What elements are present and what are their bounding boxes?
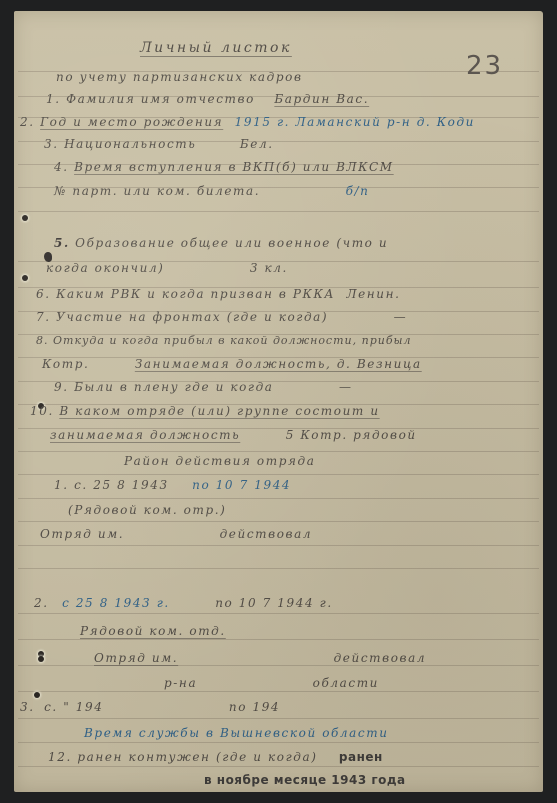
- ruled-line: [18, 568, 539, 569]
- field-birth: 2. Год и место рождения 1915 г. Ламански…: [20, 116, 475, 128]
- ruled-line: [18, 718, 539, 719]
- field-nationality: 3. Национальность Бел.: [44, 138, 274, 150]
- field-number: 2.: [20, 115, 35, 129]
- field-party-join: 4. Время вступления в ВКП(б) или ВЛКСМ: [54, 161, 394, 173]
- field-number: 3.: [44, 137, 59, 151]
- wounded-value: ранен: [339, 750, 383, 764]
- ruled-line: [18, 474, 539, 475]
- field-detachment-position: занимаемая должность 5 Котр. рядовой: [50, 429, 417, 441]
- form-header: по учету партизанских кадров: [56, 71, 303, 83]
- field-captivity: 9. Были в плену где и когда —: [54, 381, 353, 393]
- document-title: Личный листок: [140, 41, 292, 55]
- field-label: Участие на фронтах (где и когда): [56, 310, 328, 324]
- field-label: Каким РВК и когда призван в РККА: [56, 287, 335, 301]
- date-to: по 194: [229, 700, 280, 714]
- field-label: Год и место рождения: [40, 115, 223, 129]
- field-label: Котр.: [42, 357, 89, 371]
- field-value: 5 Котр. рядовой: [286, 428, 417, 442]
- field-number: 9.: [54, 380, 69, 394]
- ruled-line: [18, 451, 539, 452]
- field-value: 1915 г. Ламанский р-н д. Коди: [235, 115, 475, 129]
- field-number: 6.: [36, 287, 51, 301]
- ruled-line: [18, 742, 539, 743]
- wound-date-note: в ноябре месяце 1943 года: [204, 774, 406, 786]
- field-conscription: 6. Каким РВК и когда призван в РККА Лени…: [36, 288, 401, 300]
- service-time-text: Время службы в Вышневской области: [84, 726, 389, 740]
- form-header-text: по учету партизанских кадров: [56, 70, 303, 84]
- field-label: ранен контужен (где и когда): [77, 750, 317, 764]
- field-party-card: № парт. или ком. билета. б/п: [54, 185, 370, 197]
- row-number: 1.: [54, 478, 69, 492]
- field-value: —: [339, 380, 353, 394]
- date-from: с 25 8 1943 г.: [62, 596, 170, 610]
- date-from: с. 25 8 1943: [74, 478, 169, 492]
- field-number: 4.: [54, 160, 69, 174]
- field-label: Национальность: [64, 137, 196, 151]
- field-value: Бардин Вас.: [274, 92, 369, 106]
- field-value: б/п: [346, 184, 370, 198]
- field-label: Были в плену где и когда: [74, 380, 273, 394]
- binding-hole: [22, 275, 28, 281]
- field-value: Ленин.: [346, 287, 400, 301]
- activity-row-2-note: Рядовой ком. отд.: [80, 625, 226, 637]
- field-number: 5.: [54, 236, 70, 250]
- ruled-line: [18, 691, 539, 692]
- field-number: 10.: [30, 404, 54, 418]
- date-to: по 10 7 1944 г.: [215, 596, 333, 610]
- scanned-document: Личный листок 23 по учету партизанских к…: [0, 0, 557, 803]
- paper-sheet: Личный листок 23 по учету партизанских к…: [14, 11, 543, 792]
- field-education: 5. Образование общее или военное (что и: [54, 237, 388, 249]
- field-arrival: 8. Откуда и когда прибыл в какой должнос…: [36, 335, 412, 346]
- activity-row-1-note: (Рядовой ком. отр.): [68, 504, 226, 516]
- ruled-line: [18, 521, 539, 522]
- detachment-status: действовал: [220, 527, 313, 541]
- detachment-status: действовал: [334, 651, 427, 665]
- region-value: области: [313, 676, 379, 690]
- field-label: занимаемая должность: [50, 428, 240, 442]
- field-label: Образование общее или военное (что и: [75, 236, 388, 250]
- field-label: Откуда и когда прибыл в какой должности,…: [53, 334, 412, 347]
- activity-heading: Район действия отряда: [124, 455, 316, 467]
- field-value: 3 кл.: [250, 261, 288, 275]
- activity-row-2: 2. с 25 8 1943 г. по 10 7 1944 г.: [34, 597, 333, 609]
- page-number: 23: [466, 53, 503, 79]
- ruled-line: [18, 766, 539, 767]
- field-full-name: 1. Фамилия имя отчество Бардин Вас.: [46, 93, 369, 105]
- field-label: № парт. или ком. билета.: [54, 184, 260, 198]
- field-value: —: [394, 310, 408, 324]
- binding-hole: [34, 692, 40, 698]
- ruled-line: [18, 665, 539, 666]
- binding-hole: [38, 656, 44, 662]
- activity-row-1: 1. с. 25 8 1943 по 10 7 1944: [54, 479, 291, 491]
- binding-hole: [22, 215, 28, 221]
- service-time-line: Время службы в Вышневской области: [84, 727, 389, 739]
- row-number: 2.: [34, 596, 49, 610]
- ruled-line: [18, 613, 539, 614]
- activity-row-3: 3. с. " 194 по 194: [20, 701, 280, 713]
- field-education-cont: когда окончил) 3 кл.: [46, 262, 288, 274]
- ruled-line: [18, 211, 539, 212]
- field-number: 1.: [46, 92, 61, 106]
- ruled-line: [18, 545, 539, 546]
- detachment-label: Отряд им.: [40, 527, 124, 541]
- row-number: 3.: [20, 700, 35, 714]
- field-position: Котр. Занимаемая должность, д. Везница: [42, 358, 422, 370]
- date-from: с. " 194: [44, 700, 103, 714]
- field-label: Время вступления в ВКП(б) или ВЛКСМ: [74, 160, 394, 174]
- date-to: по 10 7 1944: [192, 478, 291, 492]
- field-fronts: 7. Участие на фронтах (где и когда) —: [36, 311, 407, 323]
- field-number: 8.: [36, 334, 49, 347]
- field-label: когда окончил): [46, 261, 164, 275]
- ruled-line: [18, 639, 539, 640]
- region-label: р-на: [164, 676, 197, 690]
- field-detachment: 10. В каком отряде (или) группе состоит …: [30, 405, 380, 417]
- field-number: 12.: [48, 750, 72, 764]
- ruled-line: [18, 498, 539, 499]
- wounded-line: 12. ранен контужен (где и когда) ранен: [48, 751, 383, 763]
- field-label: В каком отряде (или) группе состоит и: [59, 404, 379, 418]
- detachment-label: Отряд им.: [94, 651, 178, 665]
- activity-row-1-detachment: Отряд им. действовал: [40, 528, 312, 540]
- activity-row-2-detachment: Отряд им. действовал: [94, 652, 426, 664]
- field-value: Занимаемая должность, д. Везница: [135, 357, 422, 371]
- activity-row-2-region: р-на области: [164, 677, 379, 689]
- field-number: 7.: [36, 310, 51, 324]
- field-value: Бел.: [240, 137, 274, 151]
- field-label: Фамилия имя отчество: [66, 92, 255, 106]
